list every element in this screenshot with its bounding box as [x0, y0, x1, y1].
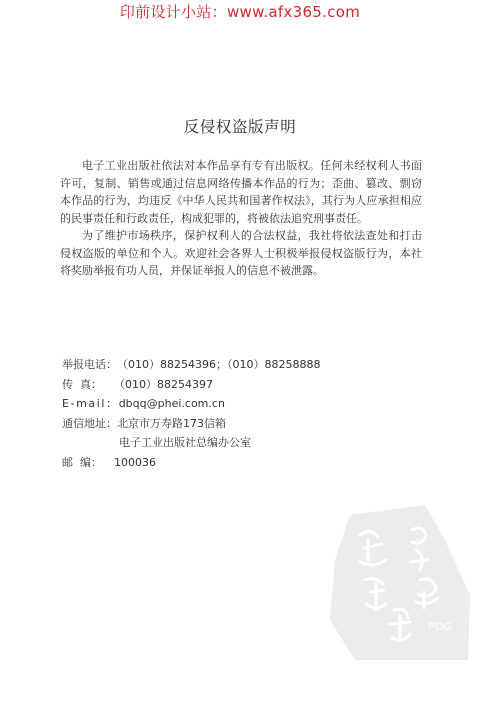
seal-pdg-label: PDG [428, 621, 452, 633]
contact-block: 举报电话： （010）88254396；（010）88258888 传 真： （… [62, 355, 320, 472]
postcode-label: 邮 编： [62, 453, 102, 473]
postcode-value: 100036 [114, 453, 156, 473]
statement-paragraph-1: 电子工业出版社依法对本作品享有专有出版权。任何未经权利人书面许可，复制、销售或通… [60, 157, 422, 227]
page-title: 反侵权盗版声明 [0, 115, 480, 137]
address-line-2: 电子工业出版社总编办公室 [119, 433, 251, 453]
address-row: 通信地址： 北京市万寿路173信箱 [62, 414, 320, 434]
seal-watermark-icon: PDG [320, 500, 475, 660]
address-row-2: 电子工业出版社总编办公室 [62, 433, 320, 453]
email-value[interactable]: dbqq@phei.com.cn [119, 394, 225, 414]
address-label: 通信地址： [62, 414, 117, 434]
fax-value: （010）88254397 [114, 375, 213, 395]
fax-row: 传 真： （010）88254397 [62, 375, 320, 395]
report-phone-row: 举报电话： （010）88254396；（010）88258888 [62, 355, 320, 375]
report-phone-label: 举报电话： [62, 355, 117, 375]
report-phone-value: （010）88254396；（010）88258888 [117, 355, 320, 375]
fax-label: 传 真： [62, 375, 102, 395]
statement-paragraph-2: 为了维护市场秩序，保护权利人的合法权益，我社将依法查处和打击侵权盗版的单位和个人… [60, 227, 422, 280]
email-label: E-mail： [62, 394, 119, 414]
email-row: E-mail： dbqq@phei.com.cn [62, 394, 320, 414]
address-line-1: 北京市万寿路173信箱 [117, 414, 226, 434]
site-banner: 印前设计小站：www.afx365.com [0, 3, 480, 21]
statement-body: 电子工业出版社依法对本作品享有专有出版权。任何未经权利人书面许可，复制、销售或通… [60, 157, 422, 280]
postcode-row: 邮 编： 100036 [62, 453, 320, 473]
